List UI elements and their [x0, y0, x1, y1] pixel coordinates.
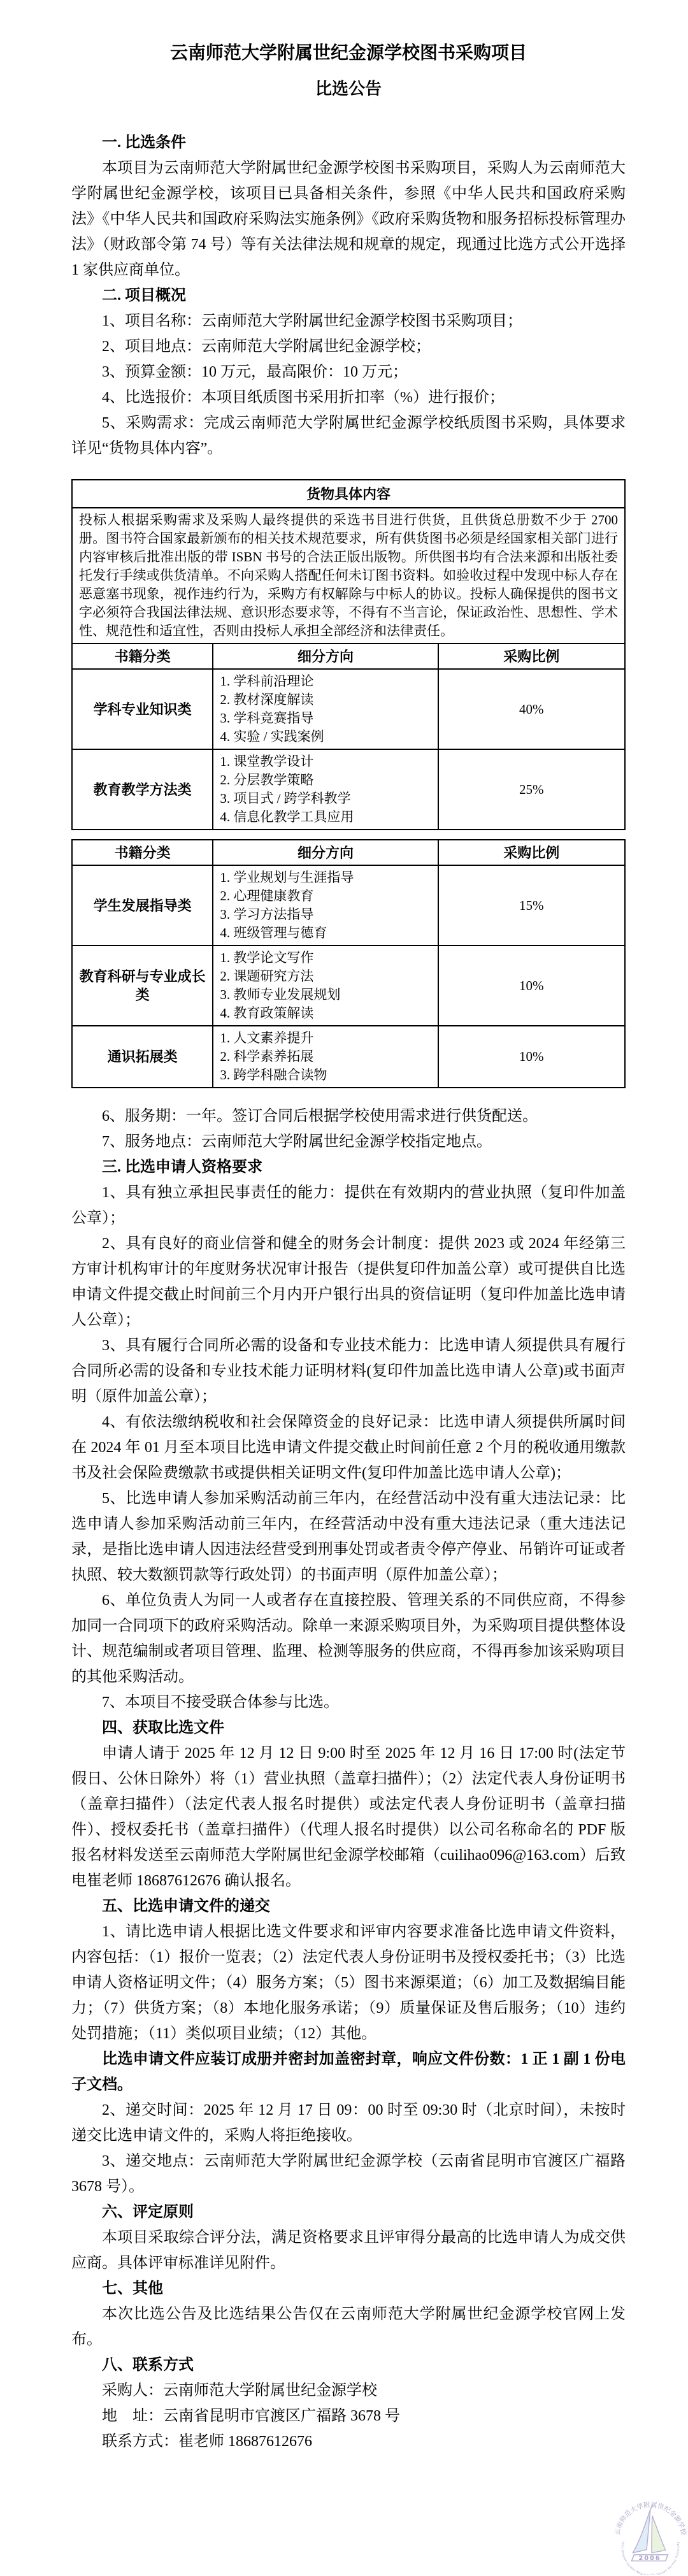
subdirection-item: 2. 教材深度解读	[220, 691, 431, 709]
subdirection-item: 1. 学科前沿理论	[220, 672, 431, 691]
school-logo-watermark: 云南师范大学附属世纪金源学校 Shiji Jinyuan School Atta…	[613, 2500, 688, 2575]
goods-table2-column-header: 书籍分类 细分方向 采购比例	[72, 840, 625, 865]
qualification-item: 4、有依法缴纳税收和社会保障资金的良好记录：比选申请人须提供所属时间在 2024…	[71, 1409, 626, 1486]
binding-seal-note: 比选申请文件应装订成册并密封加盖密封章，响应文件份数：1 正 1 副 1 份电子…	[71, 2047, 626, 2097]
section-4-heading: 四、获取比选文件	[71, 1715, 626, 1741]
project-overview-item: 4、比选报价：本项目纸质图书采用折扣率（%）进行报价；	[71, 385, 626, 410]
col-header-category: 书籍分类	[72, 840, 213, 865]
subdirection-item: 2. 心理健康教育	[220, 887, 431, 905]
subdirection-item: 3. 跨学科融合读物	[220, 1066, 431, 1084]
qualification-item: 3、具有履行合同所必需的设备和专业技术能力：比选申请人须提供具有履行合同所必需的…	[71, 1333, 626, 1409]
obtain-documents-paragraph: 申请人请于 2025 年 12 月 12 日 9:00 时至 2025 年 12…	[71, 1741, 626, 1894]
project-overview-item: 1、项目名称：云南师范大学附属世纪金源学校图书采购项目；	[71, 308, 626, 334]
section-8-heading: 八、联系方式	[71, 2352, 626, 2378]
subdirection-cell: 1. 课堂教学设计2. 分层教学策略3. 项目式 / 跨学科教学4. 信息化教学…	[213, 749, 438, 830]
subdirection-cell: 1. 教学论文写作2. 课题研究方法3. 教师专业发展规划4. 教育政策解读	[213, 946, 438, 1026]
subdirection-item: 3. 学科竞赛指导	[220, 709, 431, 728]
subdirection-item: 3. 项目式 / 跨学科教学	[220, 789, 431, 808]
col-header-ratio: 采购比例	[438, 840, 625, 865]
goods-category-table: 书籍分类 细分方向 采购比例 学生发展指导类1. 学业规划与生涯指导2. 心理健…	[71, 839, 626, 1088]
watermark-year-text: 2006	[638, 2555, 661, 2562]
category-cell: 教育教学方法类	[72, 749, 213, 830]
subdirection-item: 3. 教师专业发展规划	[220, 986, 431, 1004]
watermark-zh-arc: 云南师范大学附属世纪金源学校	[613, 2501, 688, 2536]
book-category-row: 学生发展指导类1. 学业规划与生涯指导2. 心理健康教育3. 学习方法指导4. …	[72, 865, 625, 946]
ratio-cell: 15%	[438, 865, 625, 946]
category-cell: 通识拓展类	[72, 1026, 213, 1088]
bidding-announcement-document: 云南师范大学附属世纪金源学校图书采购项目 比选公告 一. 比选条件 本项目为云南…	[0, 0, 688, 2576]
subdirection-item: 2. 课题研究方法	[220, 967, 431, 986]
goods-table-description-row: 投标人根据采购需求及采购人最终提供的采选书目进行供货，且供货总册数不少于 270…	[72, 508, 625, 644]
subdirection-cell: 1. 学科前沿理论2. 教材深度解读3. 学科竞赛指导4. 实验 / 实践案例	[213, 669, 438, 749]
watermark-zh-text: 云南师范大学附属世纪金源学校	[613, 2501, 688, 2536]
subdirection-item: 2. 科学素养拓展	[220, 1047, 431, 1066]
subdirection-item: 4. 教育政策解读	[220, 1004, 431, 1023]
contact-section: 八、联系方式 采购人：云南师范大学附属世纪金源学校 地 址：云南省昆明市官渡区广…	[71, 2352, 626, 2454]
subdirection-item: 4. 班级管理与德育	[220, 924, 431, 942]
submission-item: 3、递交地点：云南师范大学附属世纪金源学校（云南省昆明市官渡区广福路 3678 …	[71, 2148, 626, 2199]
book-category-row: 教育教学方法类1. 课堂教学设计2. 分层教学策略3. 项目式 / 跨学科教学4…	[72, 749, 625, 830]
project-overview-item: 7、服务地点：云南师范大学附属世纪金源学校指定地点。	[71, 1129, 626, 1155]
book-category-row: 学科专业知识类1. 学科前沿理论2. 教材深度解读3. 学科竞赛指导4. 实验 …	[72, 669, 625, 749]
goods-table-title: 货物具体内容	[72, 480, 625, 508]
qualification-item: 2、具有良好的商业信誉和健全的财务会计制度：提供 2023 或 2024 年经第…	[71, 1231, 626, 1333]
category-cell: 学科专业知识类	[72, 669, 213, 749]
subdirection-item: 4. 实验 / 实践案例	[220, 728, 431, 746]
col-header-category: 书籍分类	[72, 644, 213, 669]
subdirection-item: 1. 学业规划与生涯指导	[220, 868, 431, 887]
section-6-heading: 六、评定原则	[71, 2199, 626, 2225]
goods-table-column-header: 书籍分类 细分方向 采购比例	[72, 644, 625, 669]
subdirection-cell: 1. 学业规划与生涯指导2. 心理健康教育3. 学习方法指导4. 班级管理与德育	[213, 865, 438, 946]
col-header-subdirection: 细分方向	[213, 840, 438, 865]
section-2-heading: 二. 项目概况	[71, 283, 626, 308]
goods-content-table: 货物具体内容 投标人根据采购需求及采购人最终提供的采选书目进行供货，且供货总册数…	[71, 479, 626, 830]
book-category-row: 通识拓展类1. 人文素养提升2. 科学素养拓展3. 跨学科融合读物10%	[72, 1026, 625, 1088]
sailboat-icon: 2006	[632, 2506, 668, 2562]
subdirection-item: 1. 人文素养提升	[220, 1029, 431, 1047]
subdirection-item: 1. 教学论文写作	[220, 949, 431, 967]
goods-table-title-row: 货物具体内容	[72, 480, 625, 508]
subdirection-item: 4. 信息化教学工具应用	[220, 808, 431, 826]
subdirection-item: 1. 课堂教学设计	[220, 752, 431, 771]
ratio-cell: 10%	[438, 1026, 625, 1088]
section-1-paragraph: 本项目为云南师范大学附属世纪金源学校图书采购项目，采购人为云南师范大学附属世纪金…	[71, 155, 626, 283]
document-title: 云南师范大学附属世纪金源学校图书采购项目	[71, 41, 626, 66]
ratio-cell: 10%	[438, 946, 625, 1026]
section-5-heading: 五、比选申请文件的递交	[71, 1894, 626, 1919]
evaluation-paragraph: 本项目采取综合评分法，满足资格要求且评审得分最高的比选申请人为成交供应商。具体评…	[71, 2225, 626, 2276]
ratio-cell: 25%	[438, 749, 625, 830]
col-header-ratio: 采购比例	[438, 644, 625, 669]
category-cell: 学生发展指导类	[72, 865, 213, 946]
section-1-heading: 一. 比选条件	[71, 130, 626, 155]
goods-table-description: 投标人根据采购需求及采购人最终提供的采选书目进行供货，且供货总册数不少于 270…	[72, 508, 625, 644]
purchaser-line: 采购人：云南师范大学附属世纪金源学校	[71, 2378, 626, 2403]
address-line: 地 址：云南省昆明市官渡区广福路 3678 号	[71, 2403, 626, 2429]
project-overview-item: 6、服务期：一年。签订合同后根据学校使用需求进行供货配送。	[71, 1104, 626, 1129]
ratio-cell: 40%	[438, 669, 625, 749]
section-3-heading: 三. 比选申请人资格要求	[71, 1155, 626, 1180]
project-overview-item: 3、预算金额：10 万元，最高限价：10 万元；	[71, 359, 626, 385]
qualification-item: 6、单位负责人为同一人或者存在直接控股、管理关系的不同供应商，不得参加同一合同项…	[71, 1588, 626, 1690]
submission-item: 1、请比选申请人根据比选文件要求和评审内容要求准备比选申请文件资料，内容包括：（…	[71, 1919, 626, 2047]
document-subtitle: 比选公告	[71, 76, 626, 102]
subdirection-item: 2. 分层教学策略	[220, 771, 431, 789]
qualification-item: 7、本项目不接受联合体参与比选。	[71, 1690, 626, 1715]
other-paragraph: 本次比选公告及比选结果公告仅在云南师范大学附属世纪金源学校官网上发布。	[71, 2301, 626, 2352]
book-category-row: 教育科研与专业成长类1. 教学论文写作2. 课题研究方法3. 教师专业发展规划4…	[72, 946, 625, 1026]
subdirection-cell: 1. 人文素养提升2. 科学素养拓展3. 跨学科融合读物	[213, 1026, 438, 1088]
project-overview-item: 5、采购需求：完成云南师范大学附属世纪金源学校纸质图书采购，具体要求详见“货物具…	[71, 410, 626, 461]
section-7-heading: 七、其他	[71, 2276, 626, 2301]
contact-line: 联系方式：崔老师 18687612676	[71, 2429, 626, 2454]
project-overview-item: 2、项目地点：云南师范大学附属世纪金源学校；	[71, 334, 626, 359]
qualification-item: 1、具有独立承担民事责任的能力：提供在有效期内的营业执照（复印件加盖公章）；	[71, 1180, 626, 1231]
col-header-subdirection: 细分方向	[213, 644, 438, 669]
category-cell: 教育科研与专业成长类	[72, 946, 213, 1026]
qualification-item: 5、比选申请人参加采购活动前三年内，在经营活动中没有重大违法记录：比选申请人参加…	[71, 1486, 626, 1588]
submission-item: 2、递交时间：2025 年 12 月 17 日 09：00 时至 09:30 时…	[71, 2097, 626, 2148]
subdirection-item: 3. 学习方法指导	[220, 905, 431, 924]
